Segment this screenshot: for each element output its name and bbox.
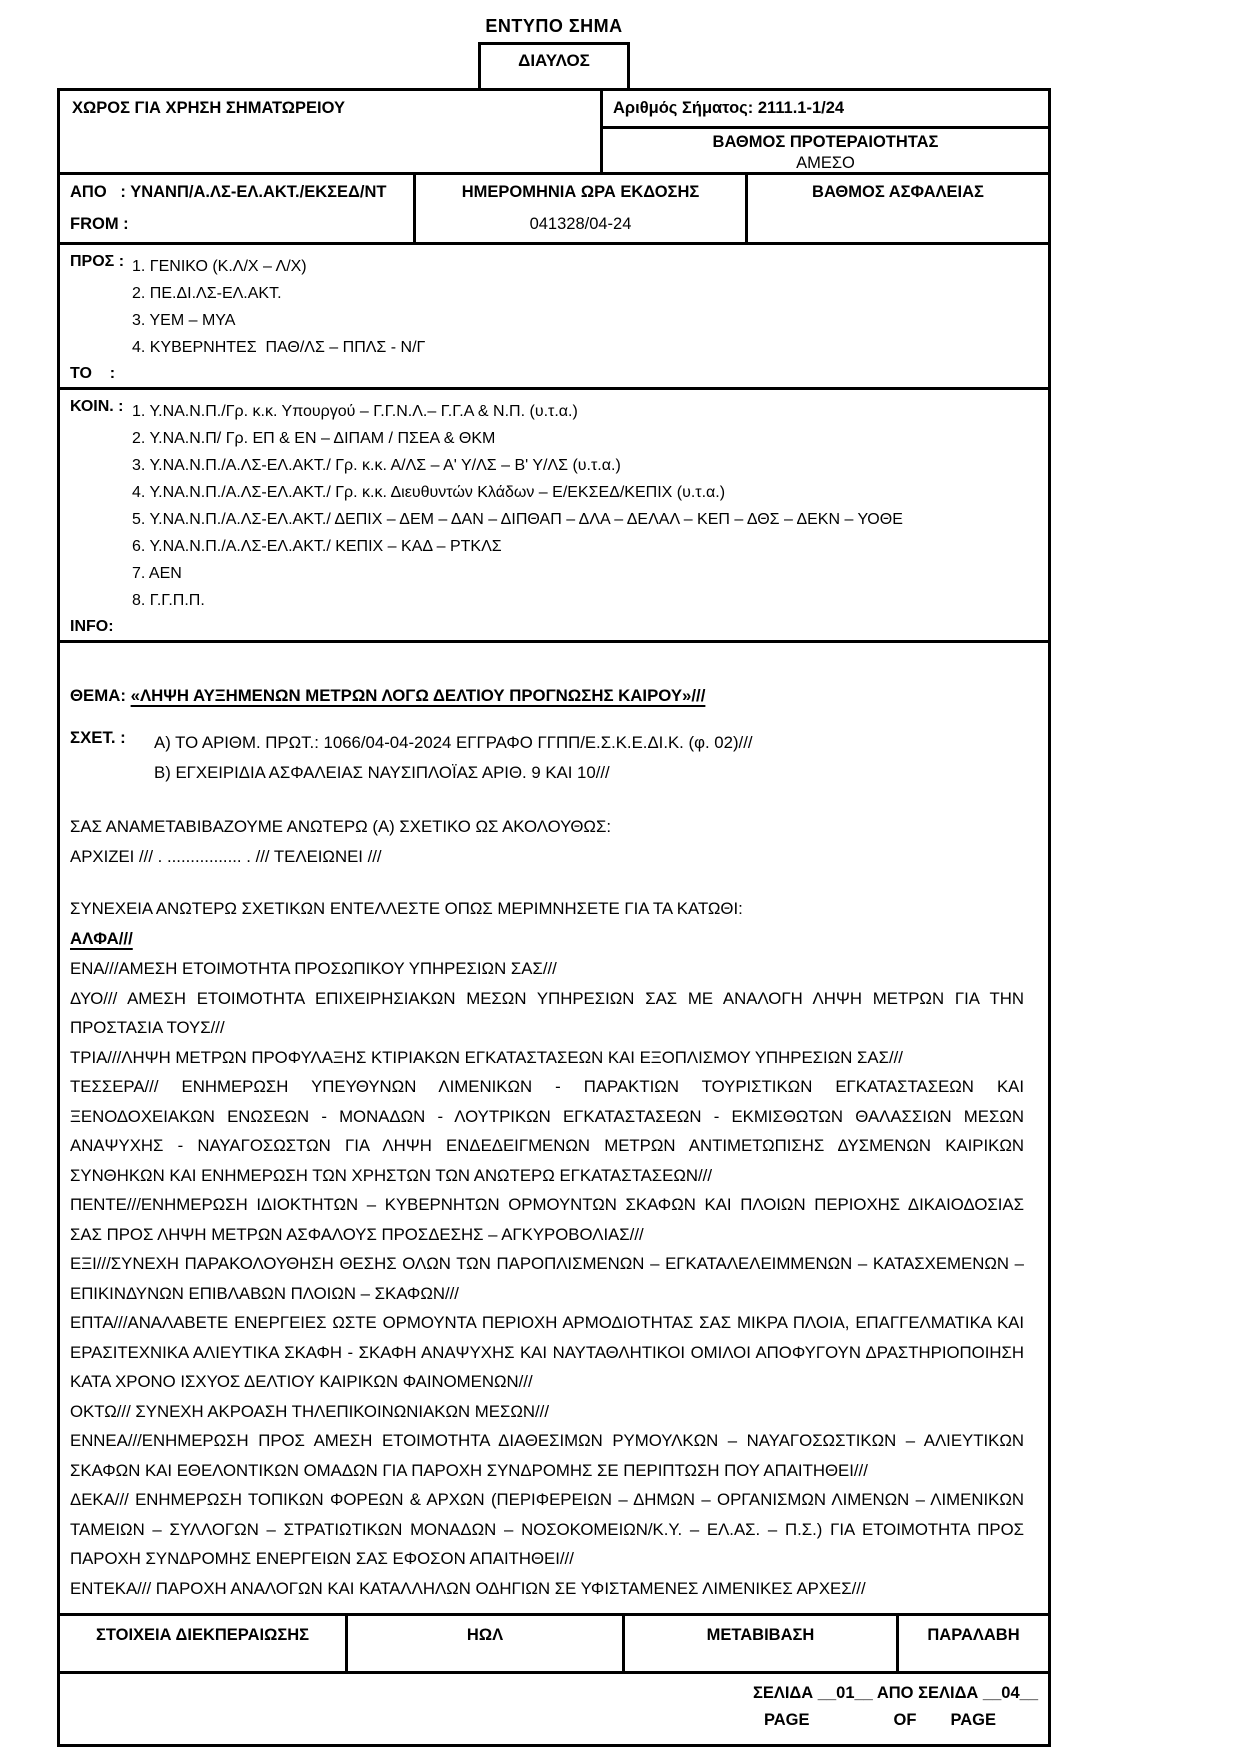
alpha-text: ΑΛΦΑ/// (70, 929, 133, 948)
security-cell: ΒΑΘΜΟΣ ΑΣΦΑΛΕΙΑΣ (748, 175, 1048, 242)
pros-label: ΠΡΟΣ : (70, 253, 132, 361)
receipt-header: ΠΑΡΑΛΑΒΗ (899, 1616, 1048, 1671)
instruction-line: ΕΝΤΕΚΑ/// ΠΑΡΟΧΗ ΑΝΑΛΟΓΩΝ ΚΑΙ ΚΑΤΑΛΛΗΛΩΝ… (70, 1574, 1024, 1604)
koin-item: 3. Υ.ΝΑ.Ν.Π./Α.ΛΣ-ΕΛ.ΑΚΤ./ Γρ. κ.κ. Α/ΛΣ… (132, 452, 1038, 479)
datetime-label: ΗΜΕΡΟΜΗΝΙΑ ΩΡΑ ΕΚΔΟΣΗΣ (422, 183, 739, 202)
message-body: ΘΕΜΑ: «ΛΗΨΗ ΑΥΞΗΜΕΝΩΝ ΜΕΤΡΩΝ ΛΟΓΩ ΔΕΛΤΙΟ… (60, 681, 1048, 1616)
pros-row: ΠΡΟΣ : 1. ΓΕΝΙΚΟ (Κ.Λ/Χ – Λ/Χ)2. ΠΕ.ΔΙ.Λ… (60, 245, 1048, 390)
document-content: ΕΝΤΥΠΟ ΣΗΜΑ ΔΙΑΥΛΟΣ ΧΩΡΟΣ ΓΙΑ ΧΡΗΣΗ ΣΗΜΑ… (57, 16, 1051, 1747)
info-label: INFO: (70, 618, 1038, 636)
priority-value: ΑΜΕΣΟ (603, 153, 1048, 174)
pros-item: 2. ΠΕ.ΔΙ.ΛΣ-ΕΛ.ΑΚΤ. (132, 280, 1038, 307)
instruction-line: ΠΕΝΤΕ///ΕΝΗΜΕΡΩΣΗ ΙΔΙΟΚΤΗΤΩΝ – ΚΥΒΕΡΝΗΤΩ… (70, 1190, 1024, 1249)
header-row-2: ΑΠΟ : ΥΝΑΝΠ/Α.ΛΣ-ΕΛ.ΑΚΤ./ΕΚΣΕΔ/ΝΤ FROM :… (60, 175, 1048, 245)
instruction-line: ΕΝΑ///ΑΜΕΣΗ ΕΤΟΙΜΟΤΗΤΑ ΠΡΟΣΩΠΙΚΟΥ ΥΠΗΡΕΣ… (70, 954, 1024, 984)
instruction-line: ΤΡΙΑ///ΛΗΨΗ ΜΕΤΡΩΝ ΠΡΟΦΥΛΑΞΗΣ ΚΤΙΡΙΑΚΩΝ … (70, 1043, 1024, 1073)
channel-box: ΔΙΑΥΛΟΣ (478, 42, 630, 88)
koin-list: 1. Υ.ΝΑ.Ν.Π./Γρ. κ.κ. Υπουργού – Γ.Γ.Ν.Λ… (132, 398, 1038, 614)
alpha-line: ΑΛΦΑ/// (70, 924, 1024, 954)
signal-form-page: ΕΝΤΥΠΟ ΣΗΜΑ ΔΙΑΥΛΟΣ ΧΩΡΟΣ ΓΙΑ ΧΡΗΣΗ ΣΗΜΑ… (0, 0, 1239, 1754)
koin-item: 2. Υ.ΝΑ.Ν.Π/ Γρ. ΕΠ & ΕΝ – ΔΙΠΑΜ / ΠΣΕΑ … (132, 425, 1038, 452)
instruction-line: ΤΕΣΣΕΡΑ/// ΕΝΗΜΕΡΩΣΗ ΥΠΕΥΘΥΝΩΝ ΛΙΜΕΝΙΚΩΝ… (70, 1072, 1024, 1190)
pros-item: 3. ΥΕΜ – ΜΥΑ (132, 307, 1038, 334)
datetime-cell: ΗΜΕΡΟΜΗΝΙΑ ΩΡΑ ΕΚΔΟΣΗΣ 041328/04-24 (416, 175, 748, 242)
retransmit-line: ΣΑΣ ΑΝΑΜΕΤΑΒΙΒΑΖΟΥΜΕ ΑΝΩΤΕΡΩ (Α) ΣΧΕΤΙΚΟ… (70, 812, 1024, 842)
references-list: Α) ΤΟ ΑΡΙΘΜ. ΠΡΩΤ.: 1066/04-04-2024 ΕΓΓΡ… (154, 728, 1024, 788)
page-label-en: PAGE (764, 1707, 810, 1734)
signal-office-cell: ΧΩΡΟΣ ΓΙΑ ΧΡΗΣΗ ΣΗΜΑΤΩΡΕΙΟΥ (60, 91, 603, 172)
priority-cell: ΒΑΘΜΟΣ ΠΡΟΤΕΡΑΙΟΤΗΤΑΣ ΑΜΕΣΟ (603, 129, 1048, 174)
from-label-en: FROM : (70, 215, 403, 234)
koin-row: ΚΟΙΝ. : 1. Υ.ΝΑ.Ν.Π./Γρ. κ.κ. Υπουργού –… (60, 390, 1048, 643)
koin-item: 4. Υ.ΝΑ.Ν.Π./Α.ΛΣ-ΕΛ.ΑΚΤ./ Γρ. κ.κ. Διευ… (132, 479, 1038, 506)
start-end-line: ΑΡΧΙΖΕΙ /// . ................ . /// ΤΕΛ… (70, 842, 1024, 872)
instruction-line: ΕΠΤΑ///ΑΝΑΛΑΒΕΤΕ ΕΝΕΡΓΕΙΕΣ ΩΣΤΕ ΟΡΜΟΥΝΤΑ… (70, 1308, 1024, 1397)
pros-list: 1. ΓΕΝΙΚΟ (Κ.Λ/Χ – Λ/Χ)2. ΠΕ.ΔΙ.ΛΣ-ΕΛ.ΑΚ… (132, 253, 1038, 361)
koin-label: ΚΟΙΝ. : (70, 398, 132, 614)
instruction-line: ΔΥΟ/// ΑΜΕΣΗ ΕΤΟΙΜΟΤΗΤΑ ΕΠΙΧΕΙΡΗΣΙΑΚΩΝ Μ… (70, 984, 1024, 1043)
dispatch-details-header: ΣΤΟΙΧΕΙΑ ΔΙΕΚΠΕΡΑΙΩΣΗΣ (60, 1616, 348, 1671)
header-row-1: ΧΩΡΟΣ ΓΙΑ ΧΡΗΣΗ ΣΗΜΑΤΩΡΕΙΟΥ Αριθμός Σήμα… (60, 91, 1048, 175)
subject-line: ΘΕΜΑ: «ΛΗΨΗ ΑΥΞΗΜΕΝΩΝ ΜΕΤΡΩΝ ΛΟΓΩ ΔΕΛΤΙΟ… (70, 681, 1024, 711)
reference-item: Α) ΤΟ ΑΡΙΘΜ. ΠΡΩΤ.: 1066/04-04-2024 ΕΓΓΡ… (154, 728, 1024, 758)
dispatch-row: ΣΤΟΙΧΕΙΑ ΔΙΕΚΠΕΡΑΙΩΣΗΣ ΗΩΛ ΜΕΤΑΒΙΒΑΣΗ ΠΑ… (60, 1616, 1048, 1674)
signal-number: Αριθμός Σήματος: 2111.1-1/24 (603, 91, 1048, 129)
date-time-group-header: ΗΩΛ (348, 1616, 625, 1671)
koin-item: 7. ΑΕΝ (132, 560, 1038, 587)
references-label: ΣΧΕΤ. : (70, 728, 154, 788)
datetime-value: 041328/04-24 (422, 215, 739, 234)
from-cell: ΑΠΟ : ΥΝΑΝΠ/Α.ΛΣ-ΕΛ.ΑΚΤ./ΕΚΣΕΔ/ΝΤ FROM : (60, 175, 416, 242)
page-line-english: PAGEOFPAGE (70, 1707, 1038, 1734)
subject-label: ΘΕΜΑ: (70, 686, 126, 705)
page-number-row: ΣΕΛΙΔΑ __01__ ΑΠΟ ΣΕΛΙΔΑ __04__ PAGEOFPA… (60, 1674, 1048, 1744)
form-title: ΕΝΤΥΠΟ ΣΗΜΑ (57, 16, 1051, 37)
koin-item: 8. Γ.Γ.Π.Π. (132, 587, 1038, 614)
instruction-line: ΔΕΚΑ/// ΕΝΗΜΕΡΩΣΗ ΤΟΠΙΚΩΝ ΦΟΡΕΩΝ & ΑΡΧΩΝ… (70, 1485, 1024, 1574)
continue-line: ΣΥΝΕΧΕΙΑ ΑΝΩΤΕΡΩ ΣΧΕΤΙΚΩΝ ΕΝΤΕΛΛΕΣΤΕ ΟΠΩ… (70, 894, 1024, 924)
instruction-line: ΕΝΝΕΑ///ΕΝΗΜΕΡΩΣΗ ΠΡΟΣ ΑΜΕΣΗ ΕΤΟΙΜΟΤΗΤΑ … (70, 1426, 1024, 1485)
references-block: ΣΧΕΤ. : Α) ΤΟ ΑΡΙΘΜ. ΠΡΩΤ.: 1066/04-04-2… (70, 728, 1024, 788)
koin-item: 5. Υ.ΝΑ.Ν.Π./Α.ΛΣ-ΕΛ.ΑΚΤ./ ΔΕΠΙΧ – ΔΕΜ –… (132, 506, 1038, 533)
of-label-en: OF (894, 1707, 917, 1734)
instructions-list: ΕΝΑ///ΑΜΕΣΗ ΕΤΟΙΜΟΤΗΤΑ ΠΡΟΣΩΠΙΚΟΥ ΥΠΗΡΕΣ… (70, 954, 1024, 1603)
koin-item: 1. Υ.ΝΑ.Ν.Π./Γρ. κ.κ. Υπουργού – Γ.Γ.Ν.Λ… (132, 398, 1038, 425)
instruction-line: ΟΚΤΩ/// ΣΥΝΕΧΗ ΑΚΡΟΑΣΗ ΤΗΛΕΠΙΚΟΙΝΩΝΙΑΚΩΝ… (70, 1397, 1024, 1427)
signal-meta-cell: Αριθμός Σήματος: 2111.1-1/24 ΒΑΘΜΟΣ ΠΡΟΤ… (603, 91, 1048, 172)
koin-item: 6. Υ.ΝΑ.Ν.Π./Α.ΛΣ-ΕΛ.ΑΚΤ./ ΚΕΠΙΧ – ΚΑΔ –… (132, 533, 1038, 560)
reference-item: Β) ΕΓΧΕΙΡΙΔΙΑ ΑΣΦΑΛΕΙΑΣ ΝΑΥΣΙΠΛΟΪΑΣ ΑΡΙΘ… (154, 758, 1024, 788)
to-label: TO : (70, 365, 1038, 383)
from-line: ΑΠΟ : ΥΝΑΝΠ/Α.ΛΣ-ΕΛ.ΑΚΤ./ΕΚΣΕΔ/ΝΤ (70, 183, 403, 202)
pros-item: 1. ΓΕΝΙΚΟ (Κ.Λ/Χ – Λ/Χ) (132, 253, 1038, 280)
instruction-line: ΕΞΙ///ΣΥΝΕΧΗ ΠΑΡΑΚΟΛΟΥΘΗΣΗ ΘΕΣΗΣ ΟΛΩΝ ΤΩ… (70, 1249, 1024, 1308)
subject-text: «ΛΗΨΗ ΑΥΞΗΜΕΝΩΝ ΜΕΤΡΩΝ ΛΟΓΩ ΔΕΛΤΙΟΥ ΠΡΟΓ… (131, 686, 706, 705)
transmission-header: ΜΕΤΑΒΙΒΑΣΗ (625, 1616, 899, 1671)
priority-label: ΒΑΘΜΟΣ ΠΡΟΤΕΡΑΙΟΤΗΤΑΣ (603, 132, 1048, 153)
form-frame: ΧΩΡΟΣ ΓΙΑ ΧΡΗΣΗ ΣΗΜΑΤΩΡΕΙΟΥ Αριθμός Σήμα… (57, 88, 1051, 1747)
page-label-en-2: PAGE (950, 1707, 996, 1734)
pros-item: 4. ΚΥΒΕΡΝΗΤΕΣ ΠΑΘ/ΛΣ – ΠΠΛΣ - Ν/Γ (132, 334, 1038, 361)
page-line-greek: ΣΕΛΙΔΑ __01__ ΑΠΟ ΣΕΛΙΔΑ __04__ (70, 1680, 1038, 1707)
